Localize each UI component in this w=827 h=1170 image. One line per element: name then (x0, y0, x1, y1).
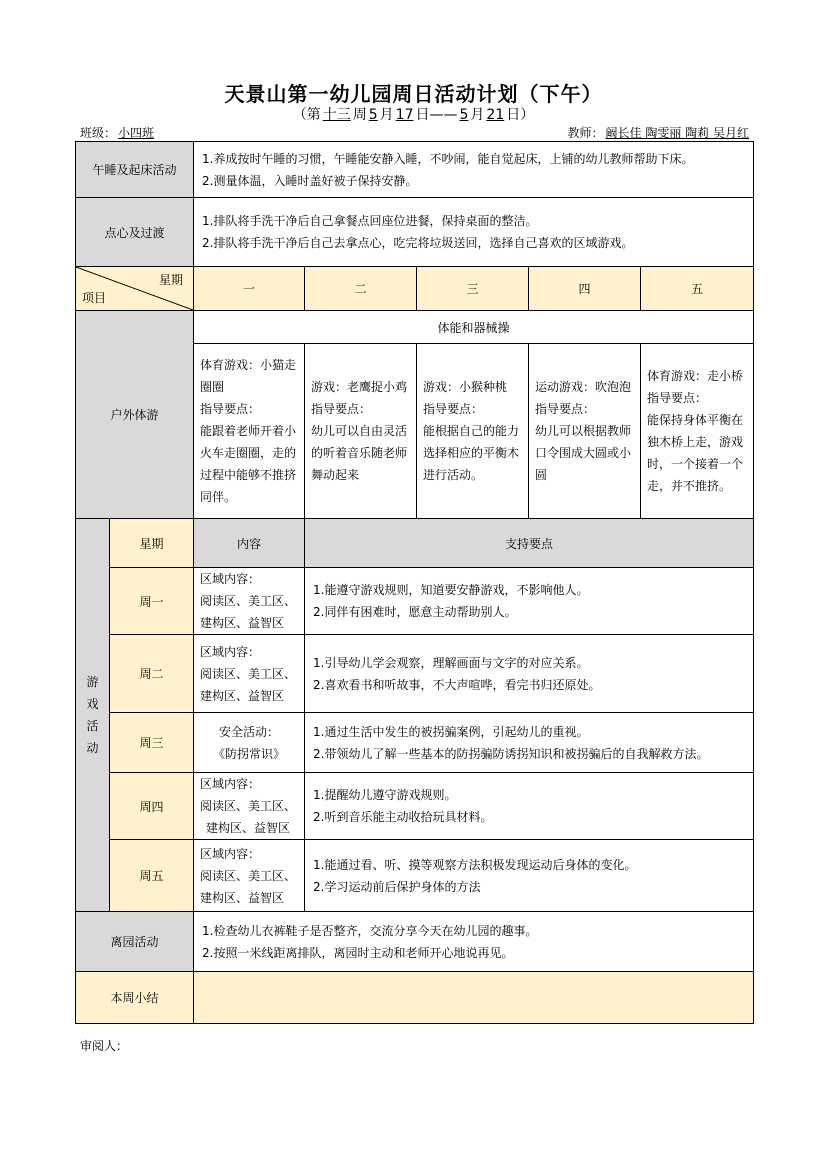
nap-line: 1.养成按时午睡的习惯，午睡能安静入睡，不吵闹，能自觉起床，上铺的幼儿教师帮助下… (202, 148, 745, 170)
leave-line: 1.检查幼儿衣裤鞋子是否整齐，交流分享今天在幼儿园的趣事。 (202, 920, 745, 942)
content-line: 建构区、益智区 (200, 887, 298, 909)
outdoor-activity-thu: 运动游戏：吹泡泡 指导要点： 幼儿可以根据教师口令围成大圆或小圆 (529, 344, 641, 519)
outdoor-activity-mon: 体育游戏：小猫走圈圈 指导要点： 能跟着老师开着小火车走圈圈，走的过程中能够不推… (194, 344, 305, 519)
outdoor-label: 户外体游 (76, 311, 194, 519)
teacher-info: 教师：阚长佳 陶雯丽 陶莉 吴月红 (568, 124, 751, 141)
game-row: 周二 区域内容： 阅读区、美工区、 建构区、益智区 1.引导幼儿学会观察，理解画… (76, 635, 754, 713)
nap-line: 2.测量体温，入睡时盖好被子保持安静。 (202, 170, 745, 192)
support-line: 2.带领幼儿了解一些基本的防拐骗防诱拐知识和被拐骗后的自我解救方法。 (313, 743, 745, 765)
activity-guide-label: 指导要点： (200, 398, 298, 420)
game-row: 周四 区域内容： 阅读区、美工区、 建构区、益智区 1.提醒幼儿遵守游戏规则。 … (76, 773, 754, 840)
activity-guide: 能根据自己的能力选择相应的平衡木进行活动。 (423, 420, 522, 486)
content-line: 《防拐常识》 (200, 743, 298, 765)
activity-guide: 幼儿可以根据教师口令围成大圆或小圆 (535, 420, 634, 486)
month-label: 月 (380, 107, 394, 123)
weekday-wed: 三 (417, 267, 529, 311)
activity-title: 游戏：老鹰捉小鸡 (311, 376, 410, 398)
outdoor-activity-fri: 体育游戏：走小桥 指导要点： 能保持身体平衡在独木桥上走，游戏时，一个接着一个走… (641, 344, 754, 519)
nap-content: 1.养成按时午睡的习惯，午睡能安静入睡，不吵闹，能自觉起床，上铺的幼儿教师帮助下… (194, 142, 754, 198)
summary-label: 本周小结 (76, 972, 194, 1024)
leave-line: 2.按照一米线距离排队，离园时主动和老师开心地说再见。 (202, 942, 745, 964)
reviewer: 审阅人： (80, 1037, 128, 1054)
activity-guide-label: 指导要点： (423, 398, 522, 420)
support-line: 2.同伴有困难时，愿意主动帮助别人。 (313, 601, 745, 623)
nap-label: 午睡及起床活动 (76, 142, 194, 198)
content-line: 区域内容： (200, 843, 298, 865)
reviewer-label: 审阅人： (80, 1039, 128, 1053)
game-day: 周五 (110, 840, 194, 912)
support-line: 1.提醒幼儿遵守游戏规则。 (313, 784, 745, 806)
game-day: 周二 (110, 635, 194, 713)
outdoor-activity-tue: 游戏：老鹰捉小鸡 指导要点： 幼儿可以自由灵活的听着音乐随老师舞动起来 (305, 344, 417, 519)
game-content: 区域内容： 阅读区、美工区、 建构区、益智区 (194, 635, 305, 713)
subtitle-prefix: （第 (293, 107, 321, 123)
game-row: 周一 区域内容： 阅读区、美工区、 建构区、益智区 1.能遵守游戏规则，知道要安… (76, 568, 754, 635)
activity-title: 运动游戏：吹泡泡 (535, 376, 634, 398)
content-line: 阅读区、美工区、 (200, 795, 298, 817)
content-line: 区域内容： (200, 773, 298, 795)
game-support: 1.提醒幼儿遵守游戏规则。 2.听到音乐能主动收拾玩具材料。 (305, 773, 754, 840)
weekday-mon: 一 (194, 267, 305, 311)
activity-guide: 能保持身体平衡在独木桥上走，游戏时，一个接着一个走，并不推挤。 (647, 409, 747, 497)
class-info: 班级：小四班 (80, 124, 188, 141)
week-suffix: 周 (353, 107, 367, 123)
game-day: 周三 (110, 713, 194, 773)
weekday-header-row: 星期 项目 一 二 三 四 五 (76, 267, 754, 311)
snack-row: 点心及过渡 1.排队将手洗干净后自己拿餐点回座位进餐，保持桌面的整洁。 2.排队… (76, 198, 754, 267)
activity-plan-table: 午睡及起床活动 1.养成按时午睡的习惯，午睡能安静入睡，不吵闹，能自觉起床，上铺… (75, 141, 754, 1024)
game-label-char: 游 (76, 671, 109, 693)
content-line: 阅读区、美工区、 (200, 590, 298, 612)
summary-row: 本周小结 (76, 972, 754, 1024)
game-content: 安全活动： 《防拐常识》 (194, 713, 305, 773)
activity-title: 游戏：小猴种桃 (423, 376, 522, 398)
game-support: 1.能通过看、听、摸等观察方法积极发现运动后身体的变化。 2.学习运动前后保护身… (305, 840, 754, 912)
diagonal-header-cell: 星期 项目 (76, 267, 194, 311)
content-line: 建构区、益智区 (200, 817, 298, 839)
activity-guide-label: 指导要点： (647, 387, 747, 409)
game-label-char: 动 (76, 737, 109, 759)
day-label: 日—— (416, 107, 458, 123)
game-support: 1.能遵守游戏规则，知道要安静游戏，不影响他人。 2.同伴有困难时，愿意主动帮助… (305, 568, 754, 635)
activity-title: 体育游戏：小猫走圈圈 (200, 354, 298, 398)
leave-label: 离园活动 (76, 912, 194, 972)
game-support: 1.引导幼儿学会观察，理解画面与文字的对应关系。 2.喜欢看书和听故事，不大声喧… (305, 635, 754, 713)
support-line: 2.喜欢看书和听故事，不大声喧哗，看完书归还原处。 (313, 674, 745, 696)
week-number: 十三 (321, 107, 353, 123)
leave-row: 离园活动 1.检查幼儿衣裤鞋子是否整齐，交流分享今天在幼儿园的趣事。 2.按照一… (76, 912, 754, 972)
game-row: 周五 区域内容： 阅读区、美工区、 建构区、益智区 1.能通过看、听、摸等观察方… (76, 840, 754, 912)
end-month: 5 (458, 107, 471, 123)
weekday-thu: 四 (529, 267, 641, 311)
content-line: 区域内容： (200, 641, 298, 663)
teacher-label: 教师： (568, 126, 604, 140)
game-label-char: 活 (76, 715, 109, 737)
outdoor-theme-row: 户外体游 体能和器械操 (76, 311, 754, 344)
start-day: 17 (394, 107, 416, 123)
game-day: 周四 (110, 773, 194, 840)
game-support: 1.通过生活中发生的被拐骗案例，引起幼儿的重视。 2.带领幼儿了解一些基本的防拐… (305, 713, 754, 773)
game-row: 周三 安全活动： 《防拐常识》 1.通过生活中发生的被拐骗案例，引起幼儿的重视。… (76, 713, 754, 773)
nap-row: 午睡及起床活动 1.养成按时午睡的习惯，午睡能安静入睡，不吵闹，能自觉起床，上铺… (76, 142, 754, 198)
page-title: 天景山第一幼儿园周日活动计划（下午） (0, 78, 827, 107)
activity-title: 体育游戏：走小桥 (647, 365, 747, 387)
content-line: 安全活动： (200, 721, 298, 743)
game-header-day: 星期 (110, 519, 194, 568)
corner-item-label: 项目 (82, 289, 106, 306)
leave-content: 1.检查幼儿衣裤鞋子是否整齐，交流分享今天在幼儿园的趣事。 2.按照一米线距离排… (194, 912, 754, 972)
game-header-row: 游 戏 活 动 星期 内容 支持要点 (76, 519, 754, 568)
support-line: 1.能遵守游戏规则，知道要安静游戏，不影响他人。 (313, 579, 745, 601)
outdoor-theme: 体能和器械操 (194, 311, 754, 344)
content-line: 区域内容： (200, 568, 298, 590)
support-line: 2.听到音乐能主动收拾玩具材料。 (313, 806, 745, 828)
snack-line: 2.排队将手洗干净后自己去拿点心，吃完将垃圾送回，选择自己喜欢的区域游戏。 (202, 232, 745, 254)
support-line: 2.学习运动前后保护身体的方法 (313, 876, 745, 898)
game-content: 区域内容： 阅读区、美工区、 建构区、益智区 (194, 568, 305, 635)
start-month: 5 (367, 107, 380, 123)
support-line: 1.能通过看、听、摸等观察方法积极发现运动后身体的变化。 (313, 854, 745, 876)
content-line: 阅读区、美工区、 (200, 865, 298, 887)
teacher-value: 阚长佳 陶雯丽 陶莉 吴月红 (604, 126, 751, 140)
summary-value[interactable] (194, 972, 754, 1024)
game-content: 区域内容： 阅读区、美工区、 建构区、益智区 (194, 773, 305, 840)
class-label: 班级： (80, 126, 116, 140)
game-label-char: 戏 (76, 693, 109, 715)
activity-guide-label: 指导要点： (311, 398, 410, 420)
class-value: 小四班 (116, 124, 188, 141)
game-day: 周一 (110, 568, 194, 635)
activity-guide: 幼儿可以自由灵活的听着音乐随老师舞动起来 (311, 420, 410, 486)
content-line: 建构区、益智区 (200, 612, 298, 634)
end-day: 21 (484, 107, 506, 123)
support-line: 1.通过生活中发生的被拐骗案例，引起幼儿的重视。 (313, 721, 745, 743)
game-header-content: 内容 (194, 519, 305, 568)
game-header-support: 支持要点 (305, 519, 754, 568)
end-suffix: 日） (506, 107, 534, 123)
content-line: 阅读区、美工区、 (200, 663, 298, 685)
content-line: 建构区、益智区 (200, 685, 298, 707)
snack-line: 1.排队将手洗干净后自己拿餐点回座位进餐，保持桌面的整洁。 (202, 210, 745, 232)
corner-weekday-label: 星期 (159, 271, 183, 288)
support-line: 1.引导幼儿学会观察，理解画面与文字的对应关系。 (313, 652, 745, 674)
game-section-label: 游 戏 活 动 (76, 519, 110, 912)
activity-guide-label: 指导要点： (535, 398, 634, 420)
date-range: （第十三周5月17日——5月21日） (0, 104, 827, 124)
snack-content: 1.排队将手洗干净后自己拿餐点回座位进餐，保持桌面的整洁。 2.排队将手洗干净后… (194, 198, 754, 267)
weekday-tue: 二 (305, 267, 417, 311)
outdoor-activity-wed: 游戏：小猴种桃 指导要点： 能根据自己的能力选择相应的平衡木进行活动。 (417, 344, 529, 519)
end-month-label: 月 (470, 107, 484, 123)
game-content: 区域内容： 阅读区、美工区、 建构区、益智区 (194, 840, 305, 912)
weekday-fri: 五 (641, 267, 754, 311)
activity-guide: 能跟着老师开着小火车走圈圈，走的过程中能够不推挤同伴。 (200, 420, 298, 508)
snack-label: 点心及过渡 (76, 198, 194, 267)
